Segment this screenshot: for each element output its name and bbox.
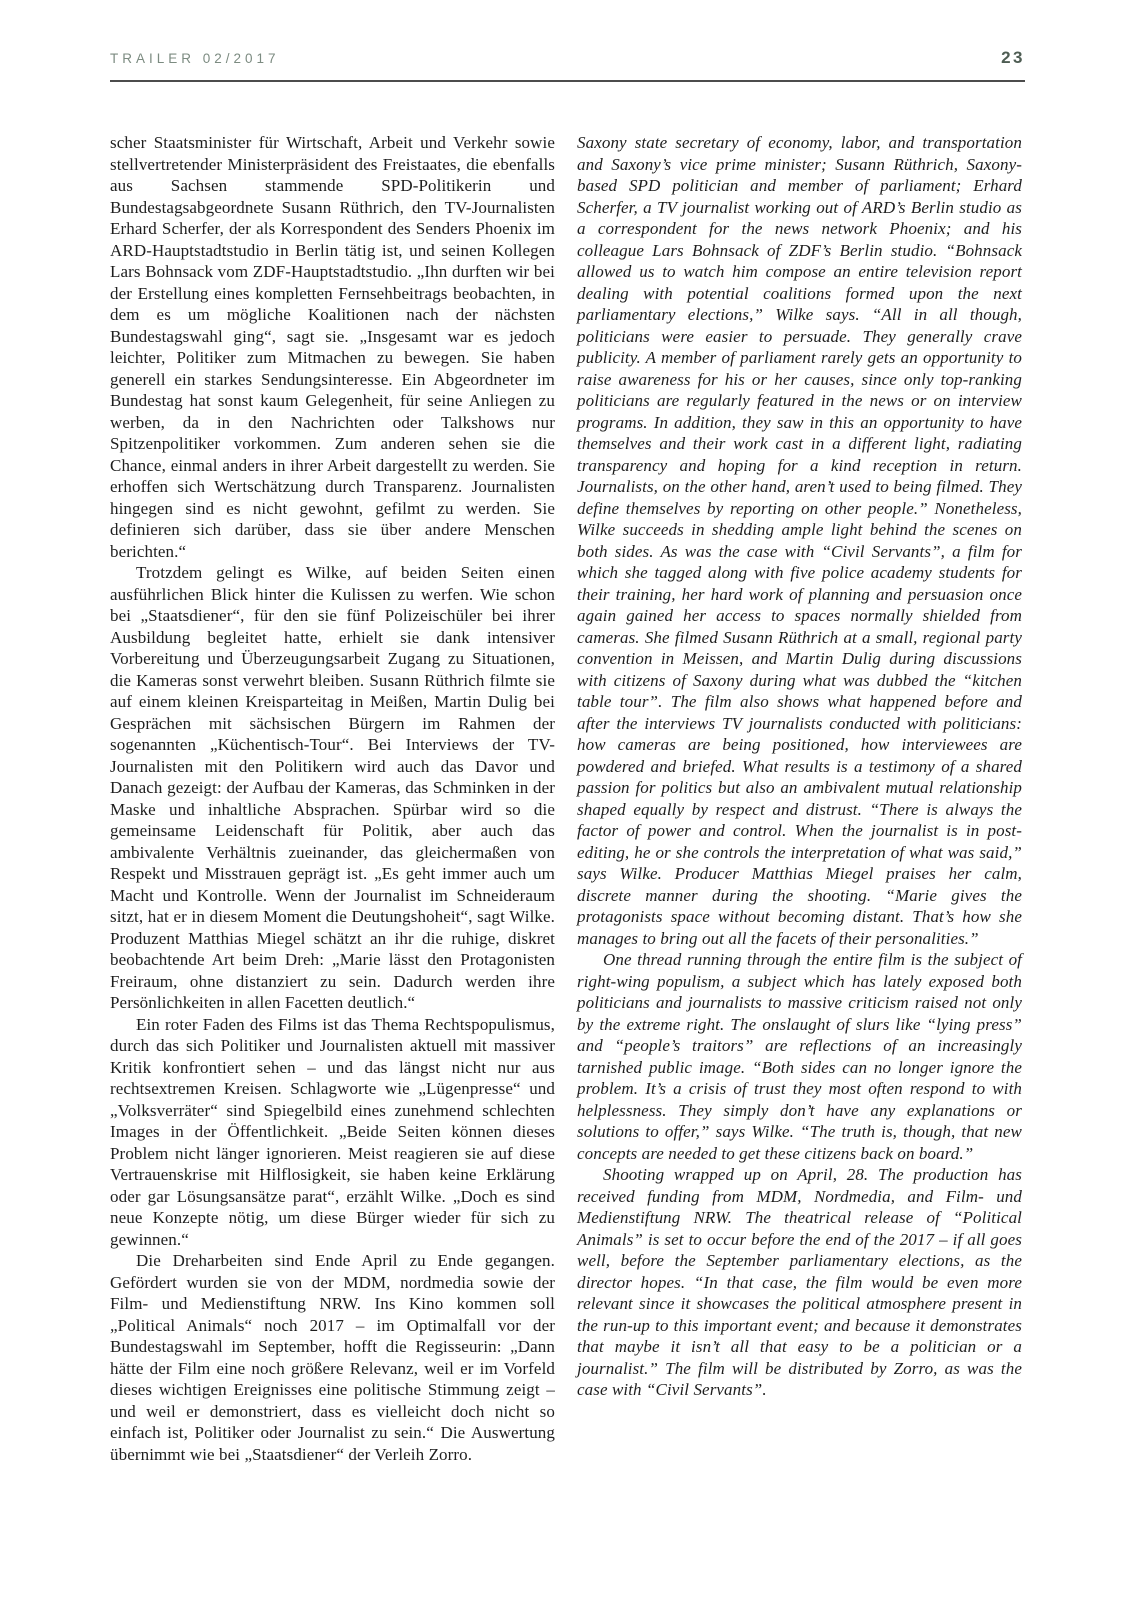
article-body: scher Staatsminister für Wirtschaft, Arb… [110, 132, 1025, 1465]
journal-issue-label: TRAILER 02/2017 [110, 51, 280, 66]
german-column: scher Staatsminister für Wirtschaft, Arb… [110, 132, 555, 1465]
english-column: Saxony state secretary of economy, labor… [577, 132, 1022, 1465]
paragraph-en-2: One thread running through the entire fi… [577, 949, 1022, 1164]
paragraph-de-2: Trotzdem gelingt es Wilke, auf beiden Se… [110, 562, 555, 1014]
paragraph-de-3: Ein roter Faden des Films ist das Thema … [110, 1014, 555, 1251]
magazine-page: TRAILER 02/2017 23 scher Staatsminister … [0, 0, 1132, 1600]
paragraph-en-3: Shooting wrapped up on April, 28. The pr… [577, 1164, 1022, 1401]
paragraph-en-1: Saxony state secretary of economy, labor… [577, 132, 1022, 949]
running-head: TRAILER 02/2017 23 [110, 0, 1025, 68]
header-rule [110, 80, 1025, 82]
paragraph-de-4: Die Dreharbeiten sind Ende April zu Ende… [110, 1250, 555, 1465]
paragraph-de-1: scher Staatsminister für Wirtschaft, Arb… [110, 132, 555, 562]
page-number: 23 [1001, 48, 1025, 68]
